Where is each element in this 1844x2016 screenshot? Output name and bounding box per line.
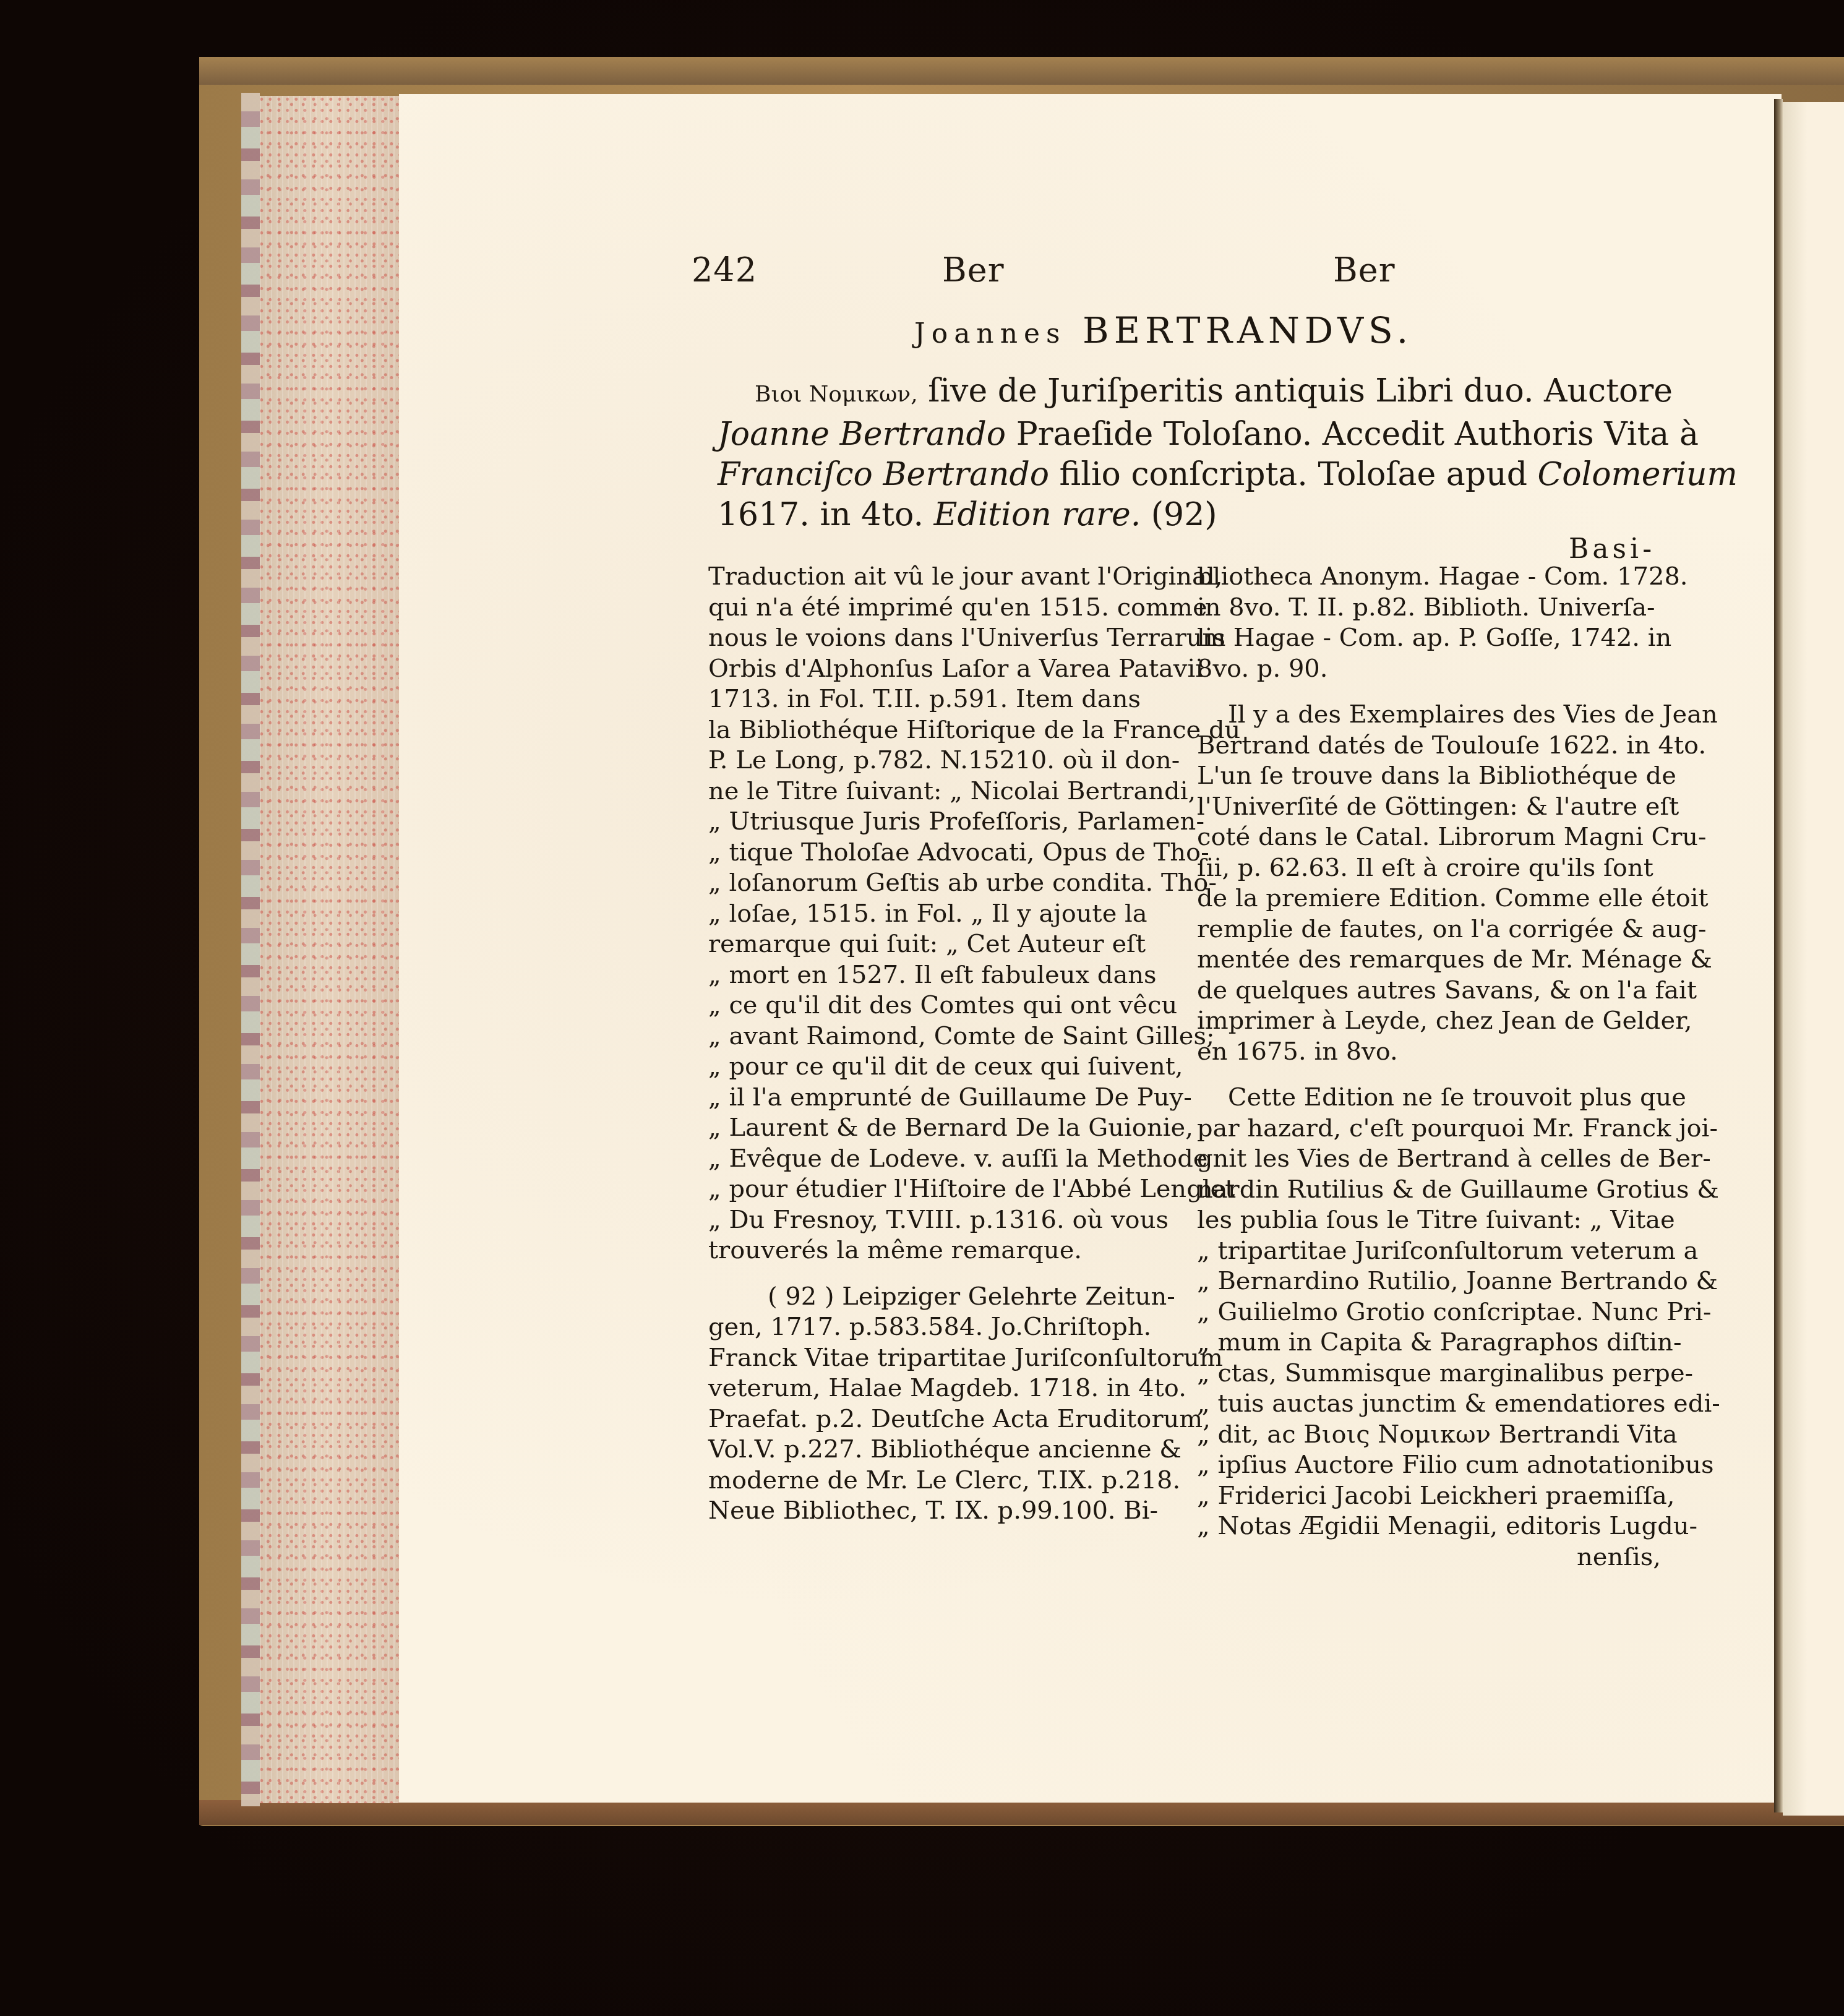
running-head-right: Ber xyxy=(1333,251,1395,290)
catchword: Basi- xyxy=(1569,533,1655,565)
footnote-ref: (92) xyxy=(1141,496,1217,533)
text-line: „ Guilielmo Grotio conſcriptae. Nunc Pri… xyxy=(1197,1297,1661,1328)
paragraph-exemplaires: Il y a des Exemplaires des Vies de JeanB… xyxy=(1197,700,1661,1067)
text-line: la Bibliothéque Hiſtorique de la France … xyxy=(708,715,1172,746)
text-line: en 1675. in 8vo. xyxy=(1197,1037,1661,1068)
text-line: Bertrand datés de Toulouſe 1622. in 4to. xyxy=(1197,731,1661,761)
text-line: imprimer à Leyde, chez Jean de Gelder, xyxy=(1197,1006,1661,1037)
gutter xyxy=(1774,99,1783,1812)
citation-line-3: Franciſco Bertrando filio conſcripta. To… xyxy=(718,455,1658,495)
running-head-left: Ber xyxy=(942,251,1004,290)
text-line: „ loſanorum Geſtis ab urbe condita. Tho- xyxy=(708,868,1172,899)
text-line: Il y a des Exemplaires des Vies de Jean xyxy=(1197,700,1661,731)
text-line: „ tripartitae Juriſconſultorum veterum a xyxy=(1197,1236,1661,1267)
text-line: l'Univerſité de Göttingen: & l'autre eſt xyxy=(1197,792,1661,823)
citation-text: Praeſide Toloſano. Accedit Authoris Vita… xyxy=(1006,416,1699,453)
text-line: 8vo. p. 90. xyxy=(1197,654,1661,685)
text-line: Orbis d'Alphonſus Laſor a Varea Patavii xyxy=(708,654,1172,685)
text-line: „ mum in Capita & Paragraphos diſtin- xyxy=(1197,1328,1661,1358)
text-line: „ Friderici Jacobi Leickheri praemiſſa, xyxy=(1197,1481,1661,1512)
paragraph-translation-note: Traduction ait vû le jour avant l'Origin… xyxy=(708,562,1172,1266)
text-line: gen, 1717. p.583.584. Jo.Chriſtoph. xyxy=(708,1312,1172,1343)
text-line: „ ce qu'il dit des Comtes qui ont vêcu xyxy=(708,990,1172,1021)
left-column: Traduction ait vû le jour avant l'Origin… xyxy=(708,562,1172,1542)
citation-line-4: 1617. in 4to. Edition rare. (92) xyxy=(718,495,1658,535)
text-line: Traduction ait vû le jour avant l'Origin… xyxy=(708,562,1172,593)
citation-text: filio conſcripta. Toloſae apud xyxy=(1049,456,1537,493)
text-line: „ Evêque de Lodeve. v. auſſi la Methode xyxy=(708,1144,1172,1175)
paragraph-franck-edition: Cette Edition ne ſe trouvoit plus quepar… xyxy=(1197,1083,1661,1572)
greek-title: Βιοι Νομικων, xyxy=(755,382,918,407)
text-line: trouverés la même remarque. xyxy=(708,1235,1172,1266)
text-line: „ Notas Ægidii Menagii, editoris Lugdu- xyxy=(1197,1511,1661,1542)
text-line: ( 92 ) Leipziger Gelehrte Zeitun- xyxy=(708,1282,1172,1313)
text-line: „ tique Tholoſae Advocati, Opus de Tho- xyxy=(708,838,1172,869)
text-line: Vol.V. p.227. Bibliothéque ancienne & xyxy=(708,1435,1172,1465)
page-number: 242 xyxy=(692,251,757,290)
page-block-edge xyxy=(260,96,399,1803)
text-line: „ mort en 1527. Il eſt fabuleux dans xyxy=(708,960,1172,991)
text-line: in 8vo. T. II. p.82. Biblioth. Univerſa- xyxy=(1197,593,1661,624)
text-line: gnit les Vies de Bertrand à celles de Be… xyxy=(1197,1144,1661,1175)
text-line: „ loſae, 1515. in Fol. „ Il y ajoute la xyxy=(708,899,1172,930)
text-line: „ tuis auctas junctim & emendatiores edi… xyxy=(1197,1389,1661,1420)
entry-title: Joannes BERTRANDVS. xyxy=(914,309,1413,351)
text-line: „ il l'a emprunté de Guillaume De Puy- xyxy=(708,1083,1172,1113)
text-line: nenſis, xyxy=(1197,1542,1661,1573)
right-column: bliotheca Anonym. Hagae - Com. 1728.in 8… xyxy=(1197,562,1661,1588)
text-line: „ pour ce qu'il dit de ceux qui ſuivent, xyxy=(708,1052,1172,1083)
edition-note: Edition rare. xyxy=(933,496,1141,533)
text-line: qui n'a été imprimé qu'en 1515. comme xyxy=(708,593,1172,624)
text-line: „ Laurent & de Bernard De la Guionie, xyxy=(708,1113,1172,1144)
marbled-endpaper xyxy=(241,93,260,1806)
cover-bottom-edge xyxy=(199,1800,1844,1825)
paragraph-bibliographies: bliotheca Anonym. Hagae - Com. 1728.in 8… xyxy=(1197,562,1661,684)
entry-title-forename: Joannes xyxy=(914,318,1066,350)
text-line: „ Bernardino Rutilio, Joanne Bertrando & xyxy=(1197,1266,1661,1297)
son-name: Franciſco Bertrando xyxy=(718,456,1049,493)
text-line: „ Utriusque Juris Profeſſoris, Parlamen- xyxy=(708,807,1172,838)
text-line: lis Hagae - Com. ap. P. Goſſe, 1742. in xyxy=(1197,623,1661,654)
text-line: de la premiere Edition. Comme elle étoit xyxy=(1197,883,1661,914)
text-line: 1713. in Fol. T.II. p.591. Item dans xyxy=(708,684,1172,715)
text-line: Praefat. p.2. Deutſche Acta Eruditorum, xyxy=(708,1404,1172,1435)
text-line: veterum, Halae Magdeb. 1718. in 4to. xyxy=(708,1373,1172,1404)
text-line: remarque qui ſuit: „ Cet Auteur eſt xyxy=(708,929,1172,960)
text-line: „ avant Raimond, Comte de Saint Gilles; xyxy=(708,1021,1172,1052)
citation-line-2: Joanne Bertrando Praeſide Toloſano. Acce… xyxy=(718,414,1658,455)
text-line: Franck Vitae tripartitae Juriſconſultoru… xyxy=(708,1343,1172,1374)
text-line: ne le Titre ſuivant: „ Nicolai Bertrandi… xyxy=(708,776,1172,807)
text-line: „ ipſius Auctore Filio cum adnotationibu… xyxy=(1197,1450,1661,1481)
text-line: „ Du Fresnoy, T.VIII. p.1316. où vous xyxy=(708,1205,1172,1236)
text-line: Neue Bibliothec, T. IX. p.99.100. Bi- xyxy=(708,1496,1172,1527)
text-line: „ pour étudier l'Hiſtoire de l'Abbé Leng… xyxy=(708,1174,1172,1205)
printer-name: Colomerium xyxy=(1537,456,1737,493)
text-line: P. Le Long, p.782. N.15210. où il don- xyxy=(708,745,1172,776)
text-line: remplie de fautes, on l'a corrigée & aug… xyxy=(1197,914,1661,945)
footnote-92: ( 92 ) Leipziger Gelehrte Zeitun-gen, 17… xyxy=(708,1282,1172,1527)
facing-page-strip xyxy=(1783,102,1844,1816)
citation-line-1: Βιοι Νομικων, ſive de Juriſperitis antiq… xyxy=(718,371,1658,414)
text-line: mentée des remarques de Mr. Ménage & xyxy=(1197,945,1661,976)
text-line: L'un ſe trouve dans la Bibliothéque de xyxy=(1197,761,1661,792)
cover-top-edge xyxy=(199,57,1844,85)
citation-text: ſive de Juriſperitis antiquis Libri duo.… xyxy=(918,372,1673,410)
entry-citation: Βιοι Νομικων, ſive de Juriſperitis antiq… xyxy=(718,371,1658,535)
entry-title-surname: BERTRANDVS. xyxy=(1083,309,1413,351)
text-line: les publia ſous le Titre ſuivant: „ Vita… xyxy=(1197,1205,1661,1236)
text-line: nous le voions dans l'Univerſus Terrarum xyxy=(708,623,1172,654)
text-line: bliotheca Anonym. Hagae - Com. 1728. xyxy=(1197,562,1661,593)
text-line: nardin Rutilius & de Guillaume Grotius & xyxy=(1197,1175,1661,1206)
text-line: „ ctas, Summisque marginalibus perpe- xyxy=(1197,1358,1661,1389)
text-line: ſii, p. 62.63. Il eſt à croire qu'ils ſo… xyxy=(1197,853,1661,884)
text-line: de quelques autres Savans, & on l'a fait xyxy=(1197,976,1661,1006)
author-name: Joanne Bertrando xyxy=(718,416,1006,453)
text-line: moderne de Mr. Le Clerc, T.IX. p.218. xyxy=(708,1465,1172,1496)
text-line: Cette Edition ne ſe trouvoit plus que xyxy=(1197,1083,1661,1113)
text-line: „ dit, ac Βιοις Νομικων Bertrandi Vita xyxy=(1197,1420,1661,1451)
citation-text: 1617. in 4to. xyxy=(718,496,933,533)
text-line: coté dans le Catal. Librorum Magni Cru- xyxy=(1197,822,1661,853)
text-line: par hazard, c'eſt pourquoi Mr. Franck jo… xyxy=(1197,1113,1661,1144)
